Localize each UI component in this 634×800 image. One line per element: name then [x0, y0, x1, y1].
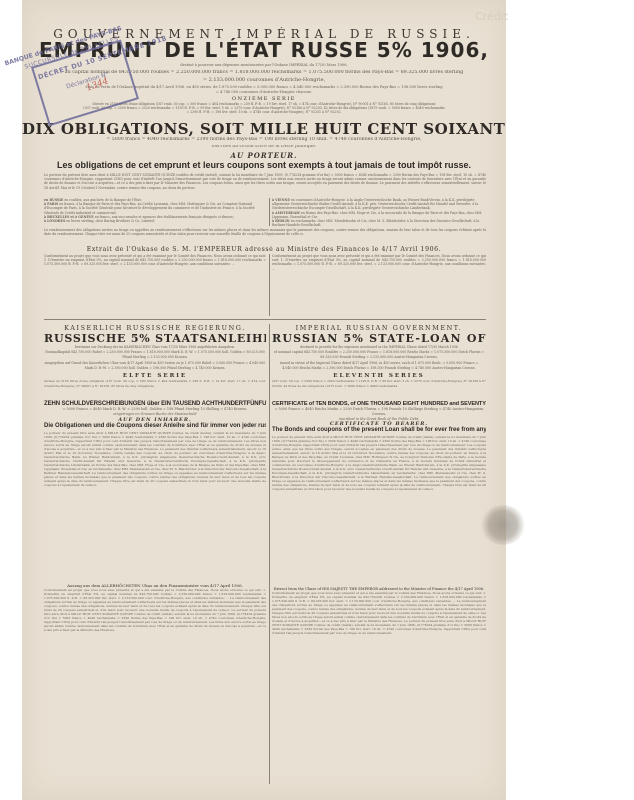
english-title: RUSSIAN 5% STATE-LOAN OF 1906,	[272, 332, 486, 345]
tax-exempt-statement: Les obligations de cet emprunt et leurs …	[22, 160, 506, 170]
english-government: IMPERIAL RUSSIAN GOVERNMENT.	[272, 324, 486, 332]
section-rule	[44, 319, 486, 320]
agents-divider	[269, 198, 270, 226]
english-body: Le porteur du présent titre aura droit à…	[272, 435, 486, 585]
paying-agent: à LONDRES en livres sterling, chez Barin…	[44, 219, 266, 223]
column-divider	[269, 324, 270, 784]
english-tax-exempt: The Bonds and coupons of the present Loa…	[272, 427, 486, 433]
bearer-label: AU PORTEUR.	[22, 151, 506, 160]
paying-agent: à BERLIN en reichsmarks: chez MM. Mendel…	[272, 219, 486, 226]
english-capital: of nominal capital 843.750.000 Roubles =…	[272, 350, 486, 360]
english-certificate-detail: = 5000 Francs = 4040 Reichs Marks = 2390…	[272, 407, 486, 417]
english-issue: issued in virtue of the Imperial Ukase d…	[272, 361, 486, 371]
embossed-seal	[480, 505, 526, 545]
english-section: IMPERIAL RUSSIAN GOVERNMENT. RUSSIAN 5% …	[272, 324, 486, 784]
german-series-detail: divisée en 2165 titres d'une obligation …	[44, 379, 266, 401]
paying-agent: à VIENNE en couronnes d'Autriche-Hongrie…	[272, 198, 486, 211]
german-body: Le porteur du présent titre aura droit à…	[44, 431, 266, 581]
french-paragraphs: Le porteur du présent titre aura droit à…	[44, 173, 486, 197]
german-tax-exempt: Die Obligationen und die Coupons dieser …	[44, 423, 266, 429]
english-series-detail: (937 roub. 50 cop. = 2500 francs = 2020 …	[272, 379, 486, 401]
french-paragraph: Les coupons échus, ainsi que les titres …	[203, 181, 379, 185]
german-issue: ausgegeben auf Grund des Kaiserlichen Uk…	[44, 361, 266, 371]
inscription: inscrites au Grand-Livre de la Dette pub…	[22, 145, 506, 150]
english-extract-body: Conformément au projet que vous nous ave…	[272, 591, 486, 741]
german-capital: Nominalkapital 843.750.000 Rubel = 2.250…	[44, 350, 266, 360]
extract-divider	[269, 254, 270, 316]
paying-agents-right: à VIENNE en couronnes d'Autriche-Hongrie…	[272, 198, 486, 226]
paying-agent: à AMSTERDAM en florins des Pays-Bas: che…	[272, 211, 486, 219]
german-title: RUSSISCHE 5% STAATSANLEIHE 1906	[44, 332, 266, 345]
paying-agents-left: en RUSSIE en roubles, aux guichets de la…	[44, 198, 266, 226]
denomination-detail: = 5000 francs = 4040 reichsmarks = 2390 …	[22, 137, 506, 143]
french-extract-left: Conformément au projet que vous nous ave…	[44, 254, 266, 316]
bond-document: GOUVERNEMENT IMPÉRIAL DE RUSSIE. EMPRUNT…	[22, 0, 506, 800]
french-extract-right: Conformément au projet que vous nous ave…	[272, 254, 486, 316]
french-extract-title: Extrait de l'Oukase de S. M. l'EMPEREUR …	[22, 246, 506, 253]
french-closing: Le remboursement des obligations sorties…	[44, 228, 486, 244]
german-government: KAISERLICH RUSSISCHE REGIERUNG.	[44, 324, 266, 332]
paying-agent: à PARIS en francs, à la Banque de Paris …	[44, 202, 266, 215]
denomination-title: DIX OBLIGATIONS, SOIT MILLE HUIT CENT SO…	[22, 120, 506, 138]
german-extract-body: Conformément au projet que vous nous ave…	[44, 588, 266, 738]
german-section: KAISERLICH RUSSISCHE REGIERUNG. RUSSISCH…	[44, 324, 266, 784]
